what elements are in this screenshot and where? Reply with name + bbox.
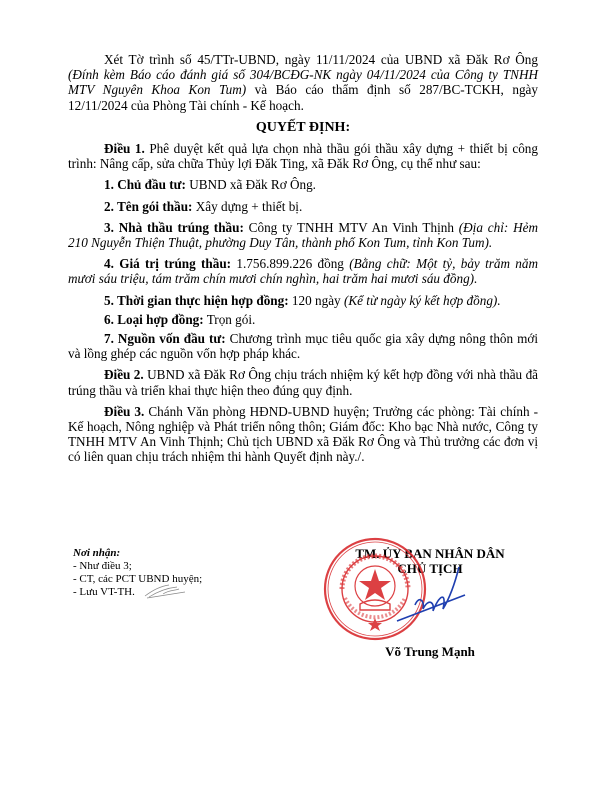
item-winning-value: 4. Giá trị trúng thầu: 1.756.899.226 đồn… [68,256,538,286]
signer-name: Võ Trung Mạnh [330,644,530,660]
item-winning-contractor: 3. Nhà thầu trúng thầu: Công ty TNHH MTV… [68,220,538,250]
decision-title: QUYẾT ĐỊNH: [68,120,538,135]
recipient-item: - Như điều 3; [73,560,202,573]
article-2: Điều 2. UBND xã Đăk Rơ Ông chịu trách nh… [68,367,538,397]
document-body: Xét Tờ trình số 45/TTr-UBND, ngày 11/11/… [68,52,538,465]
article-3: Điều 3. Chánh Văn phòng HĐND-UBND huyện;… [68,404,538,465]
article-1: Điều 1. Phê duyệt kết quả lựa chọn nhà t… [68,141,538,171]
handwritten-signature-icon [395,565,475,625]
item-investor: 1. Chủ đầu tư: UBND xã Đăk Rơ Ông. [68,177,538,192]
initial-scribble-icon [143,582,188,600]
item-contract-type: 6. Loại hợp đồng: Trọn gói. [68,312,538,327]
item-contract-duration: 5. Thời gian thực hiện hợp đồng: 120 ngà… [68,293,538,308]
preamble-paragraph: Xét Tờ trình số 45/TTr-UBND, ngày 11/11/… [68,52,538,113]
recipients-heading: Nơi nhận: [73,547,202,560]
item-package-name: 2. Tên gói thầu: Xây dựng + thiết bị. [68,199,538,214]
item-funding-source: 7. Nguồn vốn đầu tư: Chương trình mục ti… [68,331,538,361]
